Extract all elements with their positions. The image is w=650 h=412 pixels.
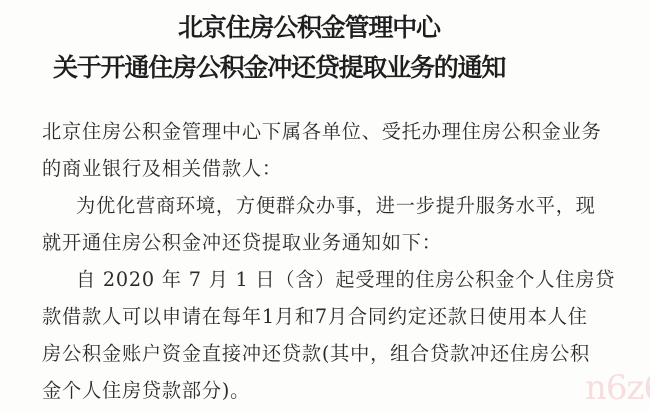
notice-title: 关于开通住房公积金冲还贷提取业务的通知: [53, 53, 650, 83]
body-line-detail-3: 房公积金账户资金直接冲还贷款(其中，组合贷款冲还住房公积: [42, 342, 590, 366]
issuer-title: 北京住房公积金管理中心: [178, 13, 650, 43]
body-line-detail-1: 自 2020 年 7 月 1 日（含）起受理的住房公积金个人住房贷: [76, 268, 615, 292]
body-line-intro-2: 就开通住房公积金冲还贷提取业务通知如下：: [42, 231, 442, 255]
body-line-detail-2: 款借款人可以申请在每年1月和7月合同约定还款日使用本人住: [42, 305, 588, 329]
body-line-salutation-1: 北京住房公积金管理中心下属各单位、受托办理住房公积金业务: [42, 120, 602, 144]
watermark: n6z6: [585, 368, 650, 408]
body-line-salutation-2: 的商业银行及相关借款人：: [42, 157, 282, 181]
body-line-detail-4: 金个人住房贷款部分)。: [42, 379, 250, 403]
body-line-intro-1: 为优化营商环境，方便群众办事，进一步提升服务水平，现: [76, 194, 596, 218]
